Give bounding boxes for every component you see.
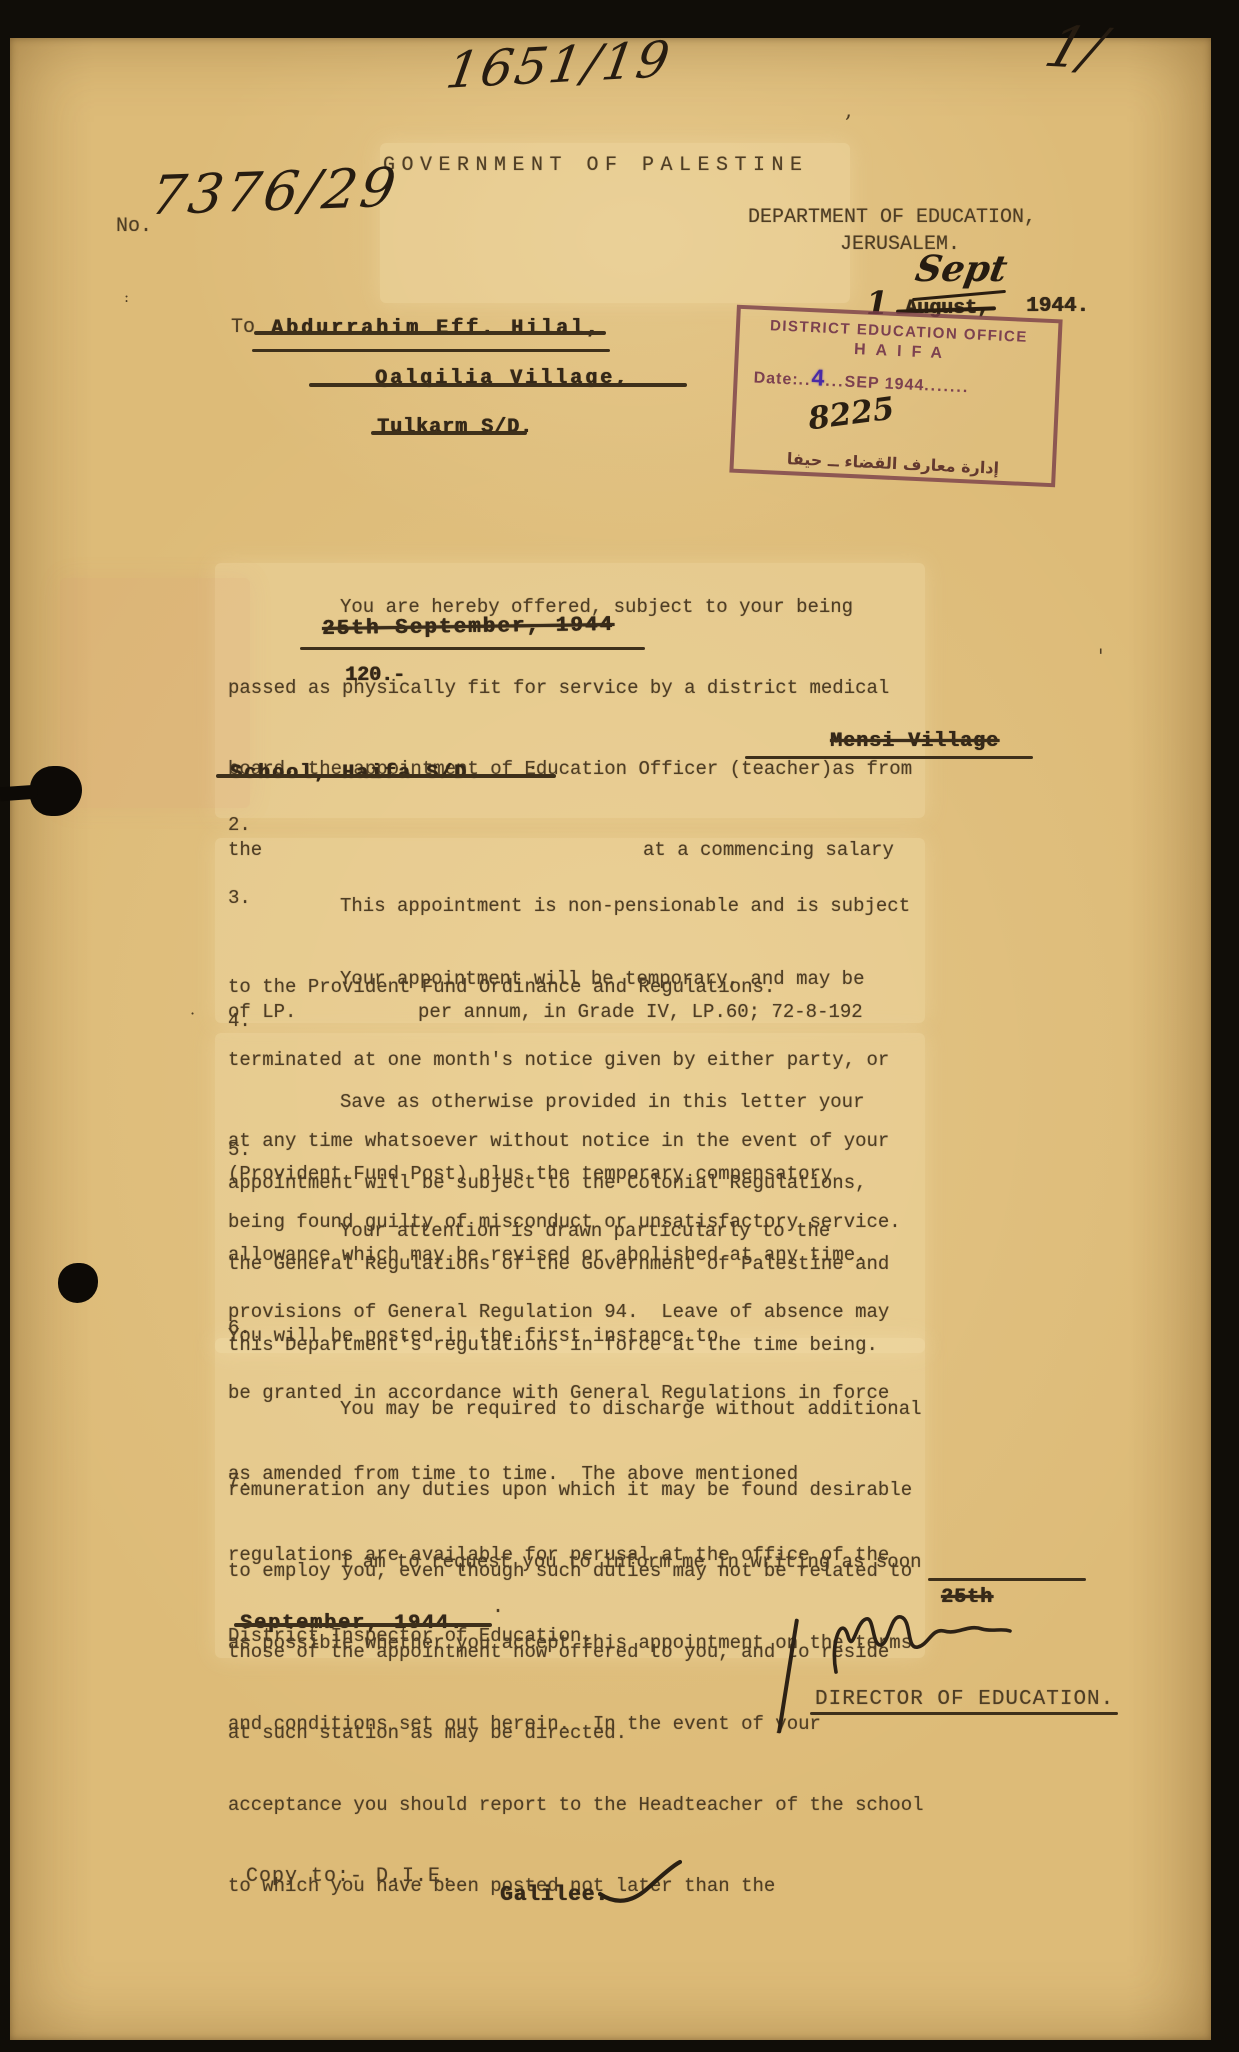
blank-underline	[300, 647, 645, 650]
strike-line	[234, 1623, 492, 1627]
stamp-date-label: Date:	[753, 370, 799, 389]
recipient-district: Tulkarm S/D.	[377, 414, 533, 441]
address-underline	[252, 349, 610, 352]
strike-line	[309, 383, 687, 387]
strike-line	[254, 331, 606, 335]
body-line: I am to request you to inform me in writ…	[228, 1549, 928, 1576]
stamp-handwritten-serial: 8225	[806, 391, 896, 438]
struck-posting-village: Mensi Village	[830, 728, 999, 755]
body-line: acceptance you should report to the Head…	[228, 1792, 928, 1819]
signature	[826, 1606, 1016, 1686]
recipient-label: To	[231, 314, 255, 341]
ink-speck: ,	[845, 98, 852, 123]
stamp-dots: ...	[825, 373, 845, 391]
scanned-letter-frame: 1651/19 1/ , GOVERNMENT OF PALESTINE No.…	[0, 0, 1239, 2052]
paragraph-number: 2.	[228, 812, 251, 839]
handwritten-month: Sept	[912, 248, 1010, 290]
signature-underline	[810, 1712, 1118, 1715]
body-line: Save as otherwise provided in this lette…	[228, 1089, 928, 1116]
blank-underline	[928, 1578, 1086, 1581]
stamp-date-day: 4	[811, 364, 826, 391]
government-title: GOVERNMENT OF PALESTINE	[383, 152, 809, 179]
ink-speck: ·	[190, 1004, 195, 1023]
stamp-arabic-line: إدارة معارف القضاء ــ حيفا	[746, 447, 1041, 479]
trailing-period: .	[492, 1594, 504, 1621]
salary-amount: 120.-	[345, 662, 405, 689]
check-mark	[598, 1858, 682, 1910]
ink-speck: :	[124, 288, 129, 306]
handwritten-file-reference: 1651/19	[442, 30, 675, 100]
date-year: 1944.	[1026, 293, 1089, 320]
body-line: passed as physically fit for service by …	[228, 675, 928, 702]
district-education-office-stamp: DISTRICT EDUCATION OFFICE HAIFA Date:..4…	[729, 305, 1062, 488]
body-line: Your appointment will be temporary, and …	[228, 966, 928, 993]
stamp-dots: .......	[924, 377, 970, 396]
department-line1: DEPARTMENT OF EDUCATION,	[748, 204, 1036, 231]
struck-start-date: 25th September, 1944	[322, 612, 614, 643]
ink-speck: '	[1098, 644, 1104, 668]
paragraph-number: 3.	[228, 885, 251, 912]
paragraph-number: 6.	[228, 1315, 251, 1342]
strike-line	[371, 431, 527, 435]
body-line: and conditions set out herein. In the ev…	[228, 1711, 928, 1738]
paragraph-number: 4.	[228, 1008, 251, 1035]
handwritten-reference-number: 7376/29	[147, 156, 403, 228]
strike-line	[216, 774, 556, 778]
body-line: You may be required to discharge without…	[228, 1396, 928, 1423]
stamp-dots: ..	[798, 372, 812, 390]
recipient-name: Abdurrahim Eff. Hilal,	[271, 315, 601, 342]
blank-underline	[745, 756, 1033, 759]
body-line: Your attention is drawn particularly to …	[228, 1218, 928, 1245]
hole-punch-tail	[0, 785, 38, 802]
paragraph-number: 5.	[228, 1137, 251, 1164]
trailing-period: .	[527, 751, 539, 778]
copy-to-label: Copy to:- D.I.E.	[246, 1863, 454, 1890]
copy-to-name: Galilee.	[500, 1882, 609, 1909]
paragraph-number: 7.	[228, 1468, 251, 1495]
stamp-date-line: Date:..4...SEP 1944.......	[737, 361, 1056, 402]
recipient-village: Qalqilia Village,	[375, 365, 630, 392]
signature-title: DIRECTOR OF EDUCATION.	[815, 1686, 1114, 1713]
